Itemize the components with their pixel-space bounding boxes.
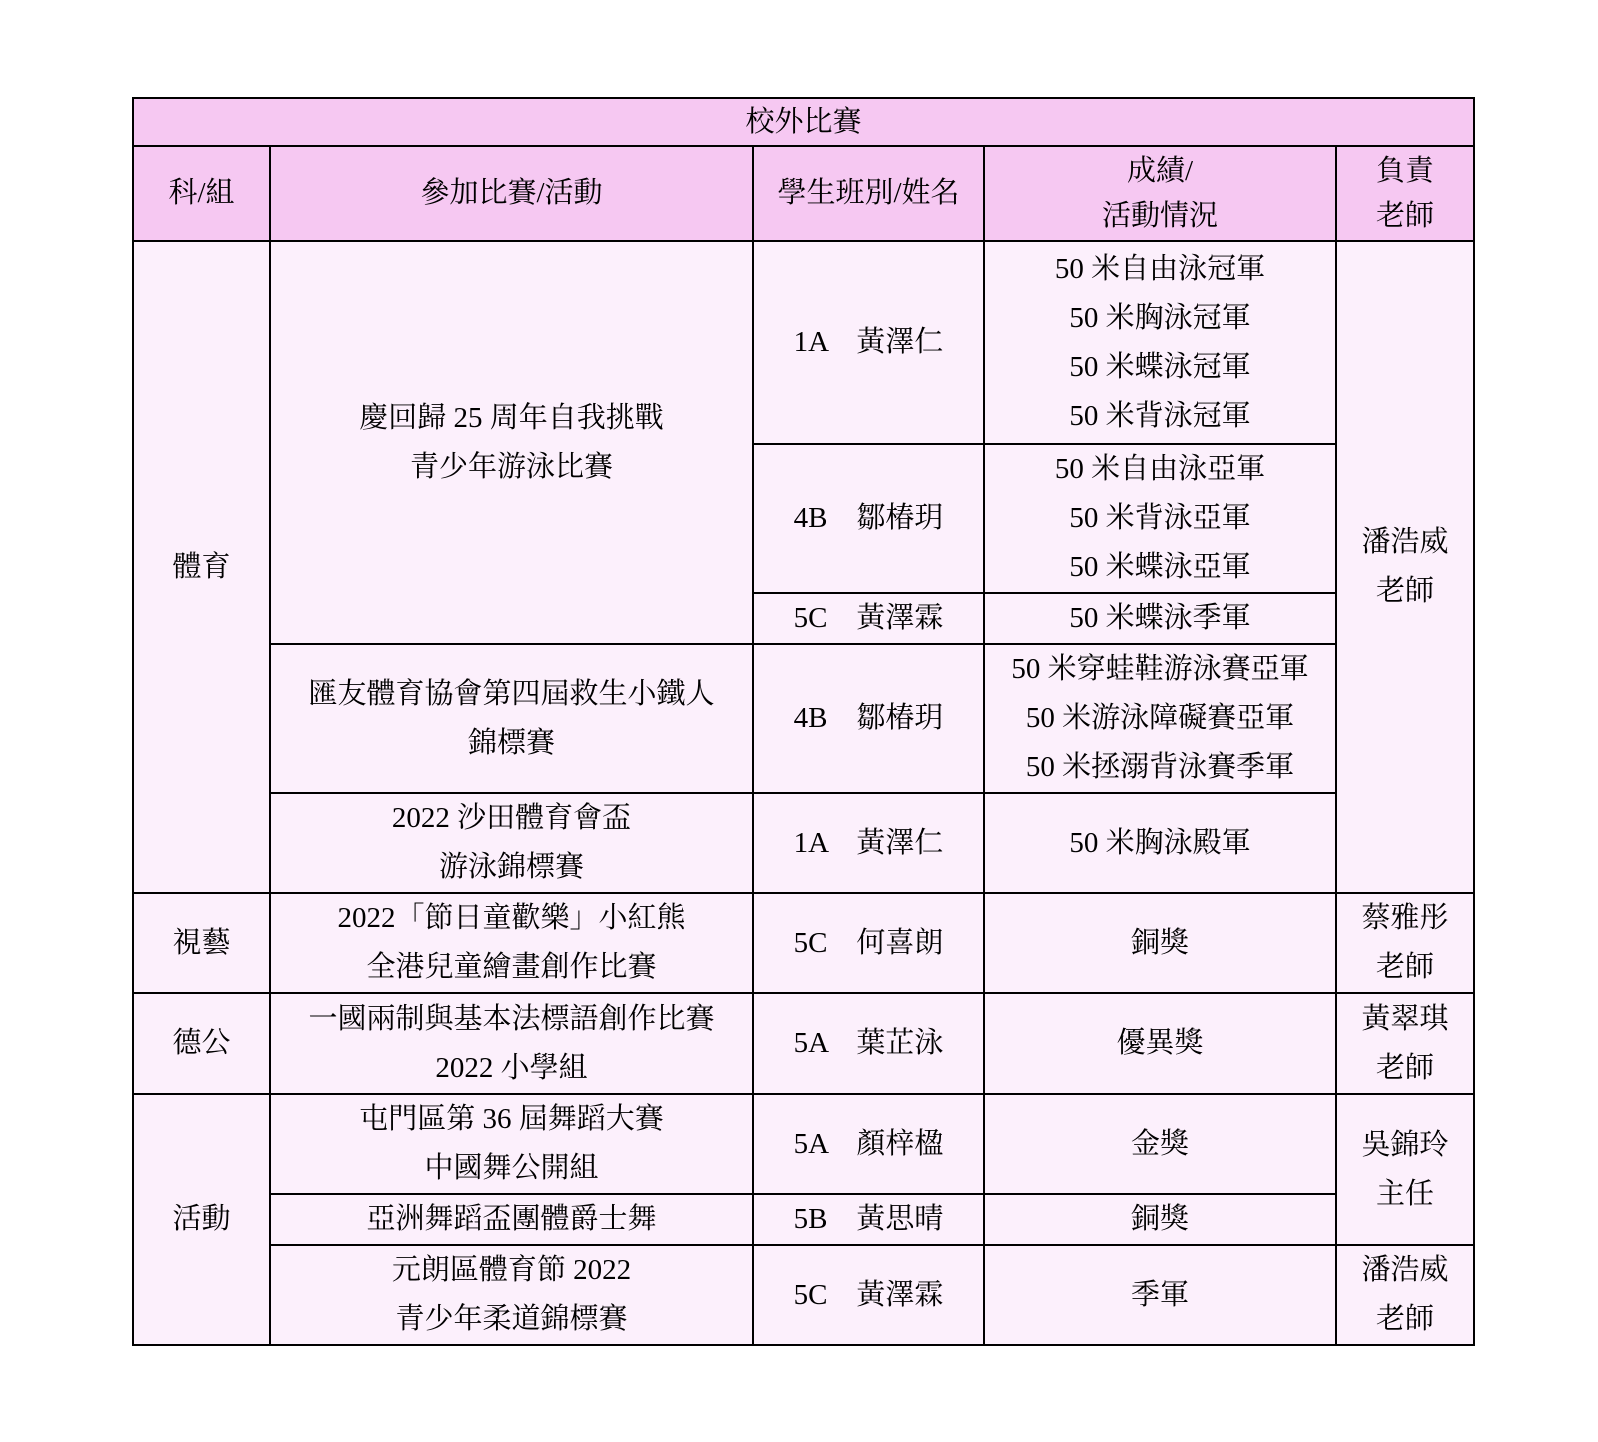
cell-activity-lifesaving: 匯友體育協會第四屆救生小鐵人 錦標賽 (270, 644, 753, 793)
activity-line: 元朗區體育節 2022 (271, 1246, 752, 1295)
result-line: 50 米背泳亞軍 (985, 494, 1335, 543)
cell-activity-dance: 屯門區第 36 屆舞蹈大賽 中國舞公開組 (270, 1094, 753, 1194)
result-line: 銅獎 (985, 1195, 1335, 1244)
col-header-result: 成績/ 活動情況 (984, 146, 1336, 241)
result-line: 50 米蝶泳亞軍 (985, 543, 1335, 592)
cell-student: 5A 顏梓楹 (753, 1094, 984, 1194)
result-line: 50 米游泳障礙賽亞軍 (985, 694, 1335, 743)
teacher-line: 主任 (1337, 1170, 1473, 1219)
activity-line: 全港兒童繪畫創作比賽 (271, 943, 752, 992)
cell-teacher-judo: 潘浩威 老師 (1336, 1245, 1474, 1345)
cell-student: 4B 鄒椿玥 (753, 444, 984, 593)
cell-results: 季軍 (984, 1245, 1336, 1345)
cell-results: 銅獎 (984, 893, 1336, 993)
result-line: 金獎 (985, 1120, 1335, 1169)
table-row: 元朗區體育節 2022 青少年柔道錦標賽 5C 黃澤霖 季軍 潘浩威 老師 (133, 1245, 1474, 1345)
external-competitions-table: 校外比賽 科/組 參加比賽/活動 學生班別/姓名 成績/ 活動情況 負責 老師 … (132, 97, 1475, 1346)
cell-results: 優異獎 (984, 993, 1336, 1094)
cell-activity-jazz: 亞洲舞蹈盃團體爵士舞 (270, 1194, 753, 1245)
activity-line: 匯友體育協會第四屆救生小鐵人 (271, 670, 752, 719)
activity-line: 青少年柔道錦標賽 (271, 1295, 752, 1344)
result-line: 季軍 (985, 1271, 1335, 1320)
cell-teacher-pe: 潘浩威 老師 (1336, 241, 1474, 893)
teacher-line: 潘浩威 (1337, 518, 1473, 567)
result-line: 50 米自由泳冠軍 (985, 245, 1335, 294)
teacher-line: 老師 (1337, 1044, 1473, 1093)
col-header-result-line: 成績/ (985, 149, 1335, 194)
cell-results: 50 米蝶泳季軍 (984, 593, 1336, 644)
result-line: 50 米胸泳冠軍 (985, 294, 1335, 343)
result-line: 50 米蝶泳冠軍 (985, 343, 1335, 392)
teacher-line: 吳錦玲 (1337, 1121, 1473, 1170)
cell-activity-shatin-swim: 2022 沙田體育會盃 游泳錦標賽 (270, 793, 753, 893)
activity-line: 一國兩制與基本法標語創作比賽 (271, 995, 752, 1044)
table-row: 體育 慶回歸 25 周年自我挑戰 青少年游泳比賽 1A 黃澤仁 50 米自由泳冠… (133, 241, 1474, 444)
activity-line: 錦標賽 (271, 719, 752, 768)
table-header-row: 科/組 參加比賽/活動 學生班別/姓名 成績/ 活動情況 負責 老師 (133, 146, 1474, 241)
result-line: 50 米蝶泳季軍 (985, 594, 1335, 643)
cell-teacher-dance: 吳錦玲 主任 (1336, 1094, 1474, 1245)
cell-activity-drawing: 2022「節日童歡樂」小紅熊 全港兒童繪畫創作比賽 (270, 893, 753, 993)
col-header-subject: 科/組 (133, 146, 270, 241)
cell-results: 50 米自由泳冠軍 50 米胸泳冠軍 50 米蝶泳冠軍 50 米背泳冠軍 (984, 241, 1336, 444)
teacher-line: 黃翠琪 (1337, 995, 1473, 1044)
cell-activity-judo: 元朗區體育節 2022 青少年柔道錦標賽 (270, 1245, 753, 1345)
activity-line: 青少年游泳比賽 (271, 443, 752, 492)
col-header-student: 學生班別/姓名 (753, 146, 984, 241)
table-title-row: 校外比賽 (133, 98, 1474, 146)
activity-line: 2022 沙田體育會盃 (271, 794, 752, 843)
cell-activity-swim-challenge: 慶回歸 25 周年自我挑戰 青少年游泳比賽 (270, 241, 753, 644)
cell-student: 4B 鄒椿玥 (753, 644, 984, 793)
cell-results: 50 米穿蛙鞋游泳賽亞軍 50 米游泳障礙賽亞軍 50 米拯溺背泳賽季軍 (984, 644, 1336, 793)
teacher-line: 蔡雅彤 (1337, 894, 1473, 943)
col-header-teacher-line: 老師 (1337, 194, 1473, 239)
activity-line: 中國舞公開組 (271, 1144, 752, 1193)
activity-line: 游泳錦標賽 (271, 843, 752, 892)
activity-line: 2022 小學組 (271, 1044, 752, 1093)
cell-teacher-visual-arts: 蔡雅彤 老師 (1336, 893, 1474, 993)
table-title: 校外比賽 (133, 98, 1474, 146)
result-line: 50 米自由泳亞軍 (985, 445, 1335, 494)
table-row: 視藝 2022「節日童歡樂」小紅熊 全港兒童繪畫創作比賽 5C 何喜朗 銅獎 蔡… (133, 893, 1474, 993)
result-line: 50 米拯溺背泳賽季軍 (985, 743, 1335, 792)
result-line: 優異獎 (985, 1019, 1335, 1068)
cell-subject-pe: 體育 (133, 241, 270, 893)
teacher-line: 老師 (1337, 1295, 1473, 1344)
cell-student: 5C 黃澤霖 (753, 1245, 984, 1345)
cell-student: 5C 黃澤霖 (753, 593, 984, 644)
cell-student: 1A 黃澤仁 (753, 241, 984, 444)
cell-results: 50 米自由泳亞軍 50 米背泳亞軍 50 米蝶泳亞軍 (984, 444, 1336, 593)
cell-subject-activities: 活動 (133, 1094, 270, 1345)
table-row: 2022 沙田體育會盃 游泳錦標賽 1A 黃澤仁 50 米胸泳殿軍 (133, 793, 1474, 893)
cell-student: 5A 葉芷泳 (753, 993, 984, 1094)
table-row: 活動 屯門區第 36 屆舞蹈大賽 中國舞公開組 5A 顏梓楹 金獎 吳錦玲 主任 (133, 1094, 1474, 1194)
cell-teacher-moral-civic: 黃翠琪 老師 (1336, 993, 1474, 1094)
cell-subject-moral-civic: 德公 (133, 993, 270, 1094)
result-line: 50 米胸泳殿軍 (985, 819, 1335, 868)
cell-student: 5B 黃思晴 (753, 1194, 984, 1245)
col-header-teacher-line: 負責 (1337, 149, 1473, 194)
teacher-line: 老師 (1337, 943, 1473, 992)
cell-subject-visual-arts: 視藝 (133, 893, 270, 993)
col-header-result-line: 活動情況 (985, 194, 1335, 239)
result-line: 銅獎 (985, 919, 1335, 968)
cell-results: 金獎 (984, 1094, 1336, 1194)
activity-line: 慶回歸 25 周年自我挑戰 (271, 394, 752, 443)
table-row: 亞洲舞蹈盃團體爵士舞 5B 黃思晴 銅獎 (133, 1194, 1474, 1245)
activity-line: 屯門區第 36 屆舞蹈大賽 (271, 1095, 752, 1144)
col-header-activity: 參加比賽/活動 (270, 146, 753, 241)
activity-line: 2022「節日童歡樂」小紅熊 (271, 894, 752, 943)
cell-results: 50 米胸泳殿軍 (984, 793, 1336, 893)
cell-student: 5C 何喜朗 (753, 893, 984, 993)
cell-activity-slogan: 一國兩制與基本法標語創作比賽 2022 小學組 (270, 993, 753, 1094)
teacher-line: 潘浩威 (1337, 1246, 1473, 1295)
activity-line: 亞洲舞蹈盃團體爵士舞 (271, 1195, 752, 1244)
table-row: 德公 一國兩制與基本法標語創作比賽 2022 小學組 5A 葉芷泳 優異獎 黃翠… (133, 993, 1474, 1094)
table-row: 匯友體育協會第四屆救生小鐵人 錦標賽 4B 鄒椿玥 50 米穿蛙鞋游泳賽亞軍 5… (133, 644, 1474, 793)
result-line: 50 米穿蛙鞋游泳賽亞軍 (985, 645, 1335, 694)
cell-results: 銅獎 (984, 1194, 1336, 1245)
teacher-line: 老師 (1337, 567, 1473, 616)
cell-student: 1A 黃澤仁 (753, 793, 984, 893)
col-header-teacher: 負責 老師 (1336, 146, 1474, 241)
result-line: 50 米背泳冠軍 (985, 392, 1335, 441)
